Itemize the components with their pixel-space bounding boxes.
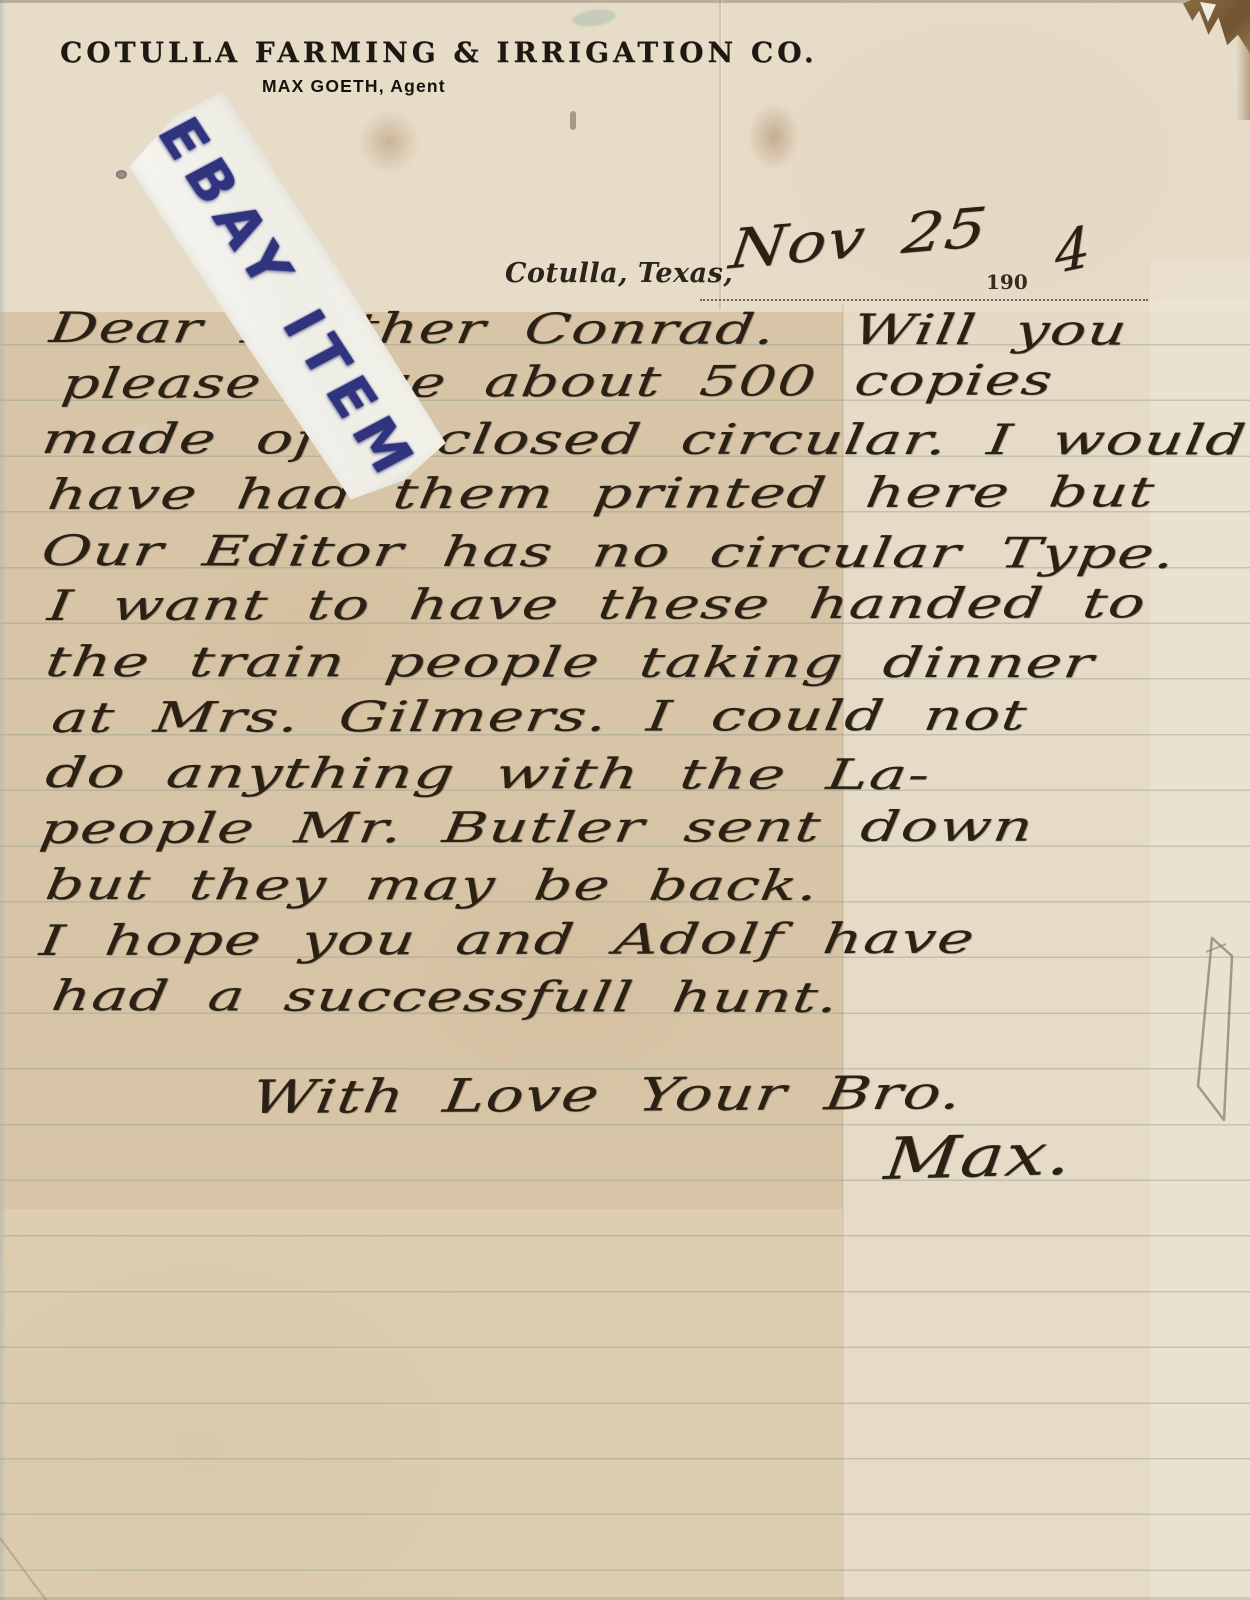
staple-dot [116, 170, 127, 179]
letter-page: COTULLA FARMING & IRRIGATION CO. MAX GOE… [0, 0, 1250, 1600]
corner-crease-line [0, 1538, 46, 1600]
pencil-outline-mark [1198, 938, 1232, 1120]
